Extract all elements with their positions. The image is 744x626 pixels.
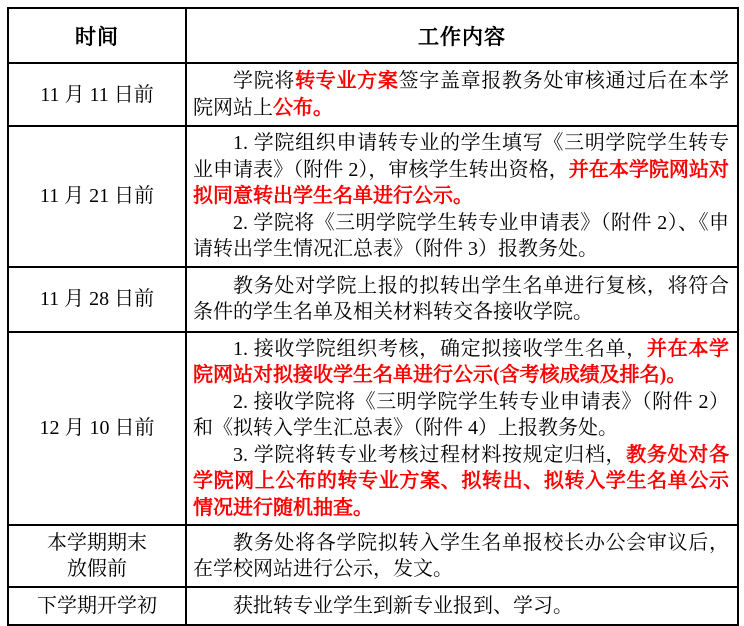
paragraph: 1. 学院组织申请转专业的学生填写《三明学院学生转专业申请表》（附件 2），审核… — [193, 130, 729, 210]
document-page: 时间 工作内容 11 月 11 日前 学院将转专业方案签字盖章报教务处审核通过后… — [0, 0, 744, 615]
text-segment: 3. 学院将转专业考核过程材料按规定归档， — [233, 444, 626, 466]
time-cell: 11 月 28 日前 — [8, 267, 186, 332]
header-row: 时间 工作内容 — [8, 8, 738, 63]
table-row: 12 月 10 日前 1. 接收学院组织考核，确定拟接收学生名单，并在本学院网站… — [8, 332, 738, 526]
paragraph: 教务处将各学院拟转入学生名单报校长办公会审议后，在学校网站进行公示，发文。 — [193, 530, 729, 583]
text-segment: 2. 学院将《三明学院学生转专业申请表》（附件 2）、《申请转出学生情况汇总表》… — [193, 212, 729, 261]
paragraph: 1. 接收学院组织考核，确定拟接收学生名单，并在本学院网站对拟接收学生名单进行公… — [193, 336, 729, 389]
time-cell: 本学期期末 放假前 — [8, 525, 186, 587]
time-cell: 下学期开学初 — [8, 587, 186, 625]
content-cell: 1. 接收学院组织考核，确定拟接收学生名单，并在本学院网站对拟接收学生名单进行公… — [186, 332, 738, 526]
table-row: 11 月 11 日前 学院将转专业方案签字盖章报教务处审核通过后在本学院网站上公… — [8, 63, 738, 126]
time-cell: 11 月 11 日前 — [8, 63, 186, 126]
table-row: 11 月 21 日前 1. 学院组织申请转专业的学生填写《三明学院学生转专业申请… — [8, 126, 738, 267]
time-text: 本学期期末 — [13, 530, 181, 556]
time-cell: 12 月 10 日前 — [8, 332, 186, 526]
time-text: 放假前 — [13, 556, 181, 582]
content-cell: 教务处将各学院拟转入学生名单报校长办公会审议后，在学校网站进行公示，发文。 — [186, 525, 738, 587]
paragraph: 2. 接收学院将《三明学院学生转专业申请表》（附件 2）和《拟转入学生汇总表》（… — [193, 389, 729, 442]
paragraph: 学院将转专业方案签字盖章报教务处审核通过后在本学院网站上公布。 — [193, 68, 729, 121]
text-segment: 获批转专业学生到新专业报到、学习。 — [233, 595, 573, 617]
paragraph: 2. 学院将《三明学院学生转专业申请表》（附件 2）、《申请转出学生情况汇总表》… — [193, 210, 729, 263]
content-cell: 教务处对学院上报的拟转出学生名单进行复核，将符合条件的学生名单及相关材料转交各接… — [186, 267, 738, 332]
text-segment: 学院将 — [233, 70, 295, 92]
paragraph: 3. 学院将转专业考核过程材料按规定归档，教务处对各学院网上公布的转专业方案、拟… — [193, 442, 729, 522]
time-text: 12 月 10 日前 — [13, 415, 181, 441]
table-row: 下学期开学初 获批转专业学生到新专业报到、学习。 — [8, 587, 738, 625]
content-cell: 学院将转专业方案签字盖章报教务处审核通过后在本学院网站上公布。 — [186, 63, 738, 126]
highlight-segment: 转专业方案 — [295, 70, 398, 92]
highlight-segment: 公布。 — [273, 97, 333, 119]
text-segment: 2. 接收学院将《三明学院学生转专业申请表》（附件 2）和《拟转入学生汇总表》（… — [193, 391, 729, 440]
schedule-table: 时间 工作内容 11 月 11 日前 学院将转专业方案签字盖章报教务处审核通过后… — [7, 7, 739, 626]
paragraph: 获批转专业学生到新专业报到、学习。 — [193, 593, 729, 620]
time-cell: 11 月 21 日前 — [8, 126, 186, 267]
text-segment: 1. 接收学院组织考核，确定拟接收学生名单， — [233, 338, 647, 360]
time-text: 11 月 28 日前 — [13, 286, 181, 312]
text-segment: 教务处将各学院拟转入学生名单报校长办公会审议后，在学校网站进行公示，发文。 — [193, 532, 729, 581]
content-cell: 获批转专业学生到新专业报到、学习。 — [186, 587, 738, 625]
content-column-header: 工作内容 — [186, 8, 738, 63]
time-text: 11 月 11 日前 — [13, 82, 181, 108]
content-cell: 1. 学院组织申请转专业的学生填写《三明学院学生转专业申请表》（附件 2），审核… — [186, 126, 738, 267]
time-text: 11 月 21 日前 — [13, 183, 181, 209]
paragraph: 教务处对学院上报的拟转出学生名单进行复核，将符合条件的学生名单及相关材料转交各接… — [193, 273, 729, 326]
time-column-header: 时间 — [8, 8, 186, 63]
text-segment: 教务处对学院上报的拟转出学生名单进行复核，将符合条件的学生名单及相关材料转交各接… — [193, 275, 729, 324]
table-row: 本学期期末 放假前 教务处将各学院拟转入学生名单报校长办公会审议后，在学校网站进… — [8, 525, 738, 587]
time-text: 下学期开学初 — [13, 593, 181, 619]
table-row: 11 月 28 日前 教务处对学院上报的拟转出学生名单进行复核，将符合条件的学生… — [8, 267, 738, 332]
